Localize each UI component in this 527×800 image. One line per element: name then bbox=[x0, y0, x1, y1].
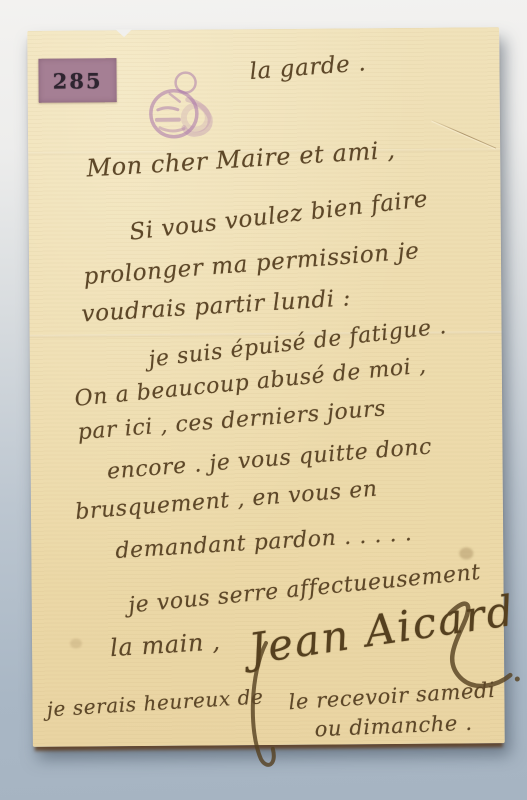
letter-paper: 285 la garde . Mon cher Maire et ami , S… bbox=[27, 27, 505, 747]
catalog-number: 285 bbox=[53, 68, 103, 93]
catalog-number-label: 285 bbox=[38, 58, 116, 103]
closing-line: la main , bbox=[109, 628, 221, 663]
body-line: brusquement , en vous en bbox=[74, 477, 378, 525]
ink-stain bbox=[70, 638, 82, 648]
body-line: Si vous voulez bien faire bbox=[128, 186, 429, 246]
purple-ink-stamp-icon bbox=[144, 69, 219, 150]
paper-top-notch bbox=[115, 29, 132, 37]
postscript-left: je serais heureux de bbox=[46, 684, 264, 721]
ink-stain bbox=[459, 547, 473, 559]
corner-crease-crack bbox=[432, 120, 497, 149]
body-line: voudrais partir lundi : bbox=[81, 285, 352, 327]
body-line: encore . je vous quitte donc bbox=[106, 434, 433, 484]
body-line: prolonger ma permission je bbox=[83, 238, 421, 290]
salutation-line: Mon cher Maire et ami , bbox=[86, 136, 397, 183]
place-line: la garde . bbox=[249, 50, 367, 85]
scanned-letter-page: { "scan": { "description": "Scanned hand… bbox=[0, 0, 527, 800]
body-line: demandant pardon . . . . . bbox=[115, 521, 413, 564]
postscript-right-line1: le recevoir samedi bbox=[288, 678, 496, 714]
postscript-right-line2: ou dimanche . bbox=[314, 711, 473, 742]
